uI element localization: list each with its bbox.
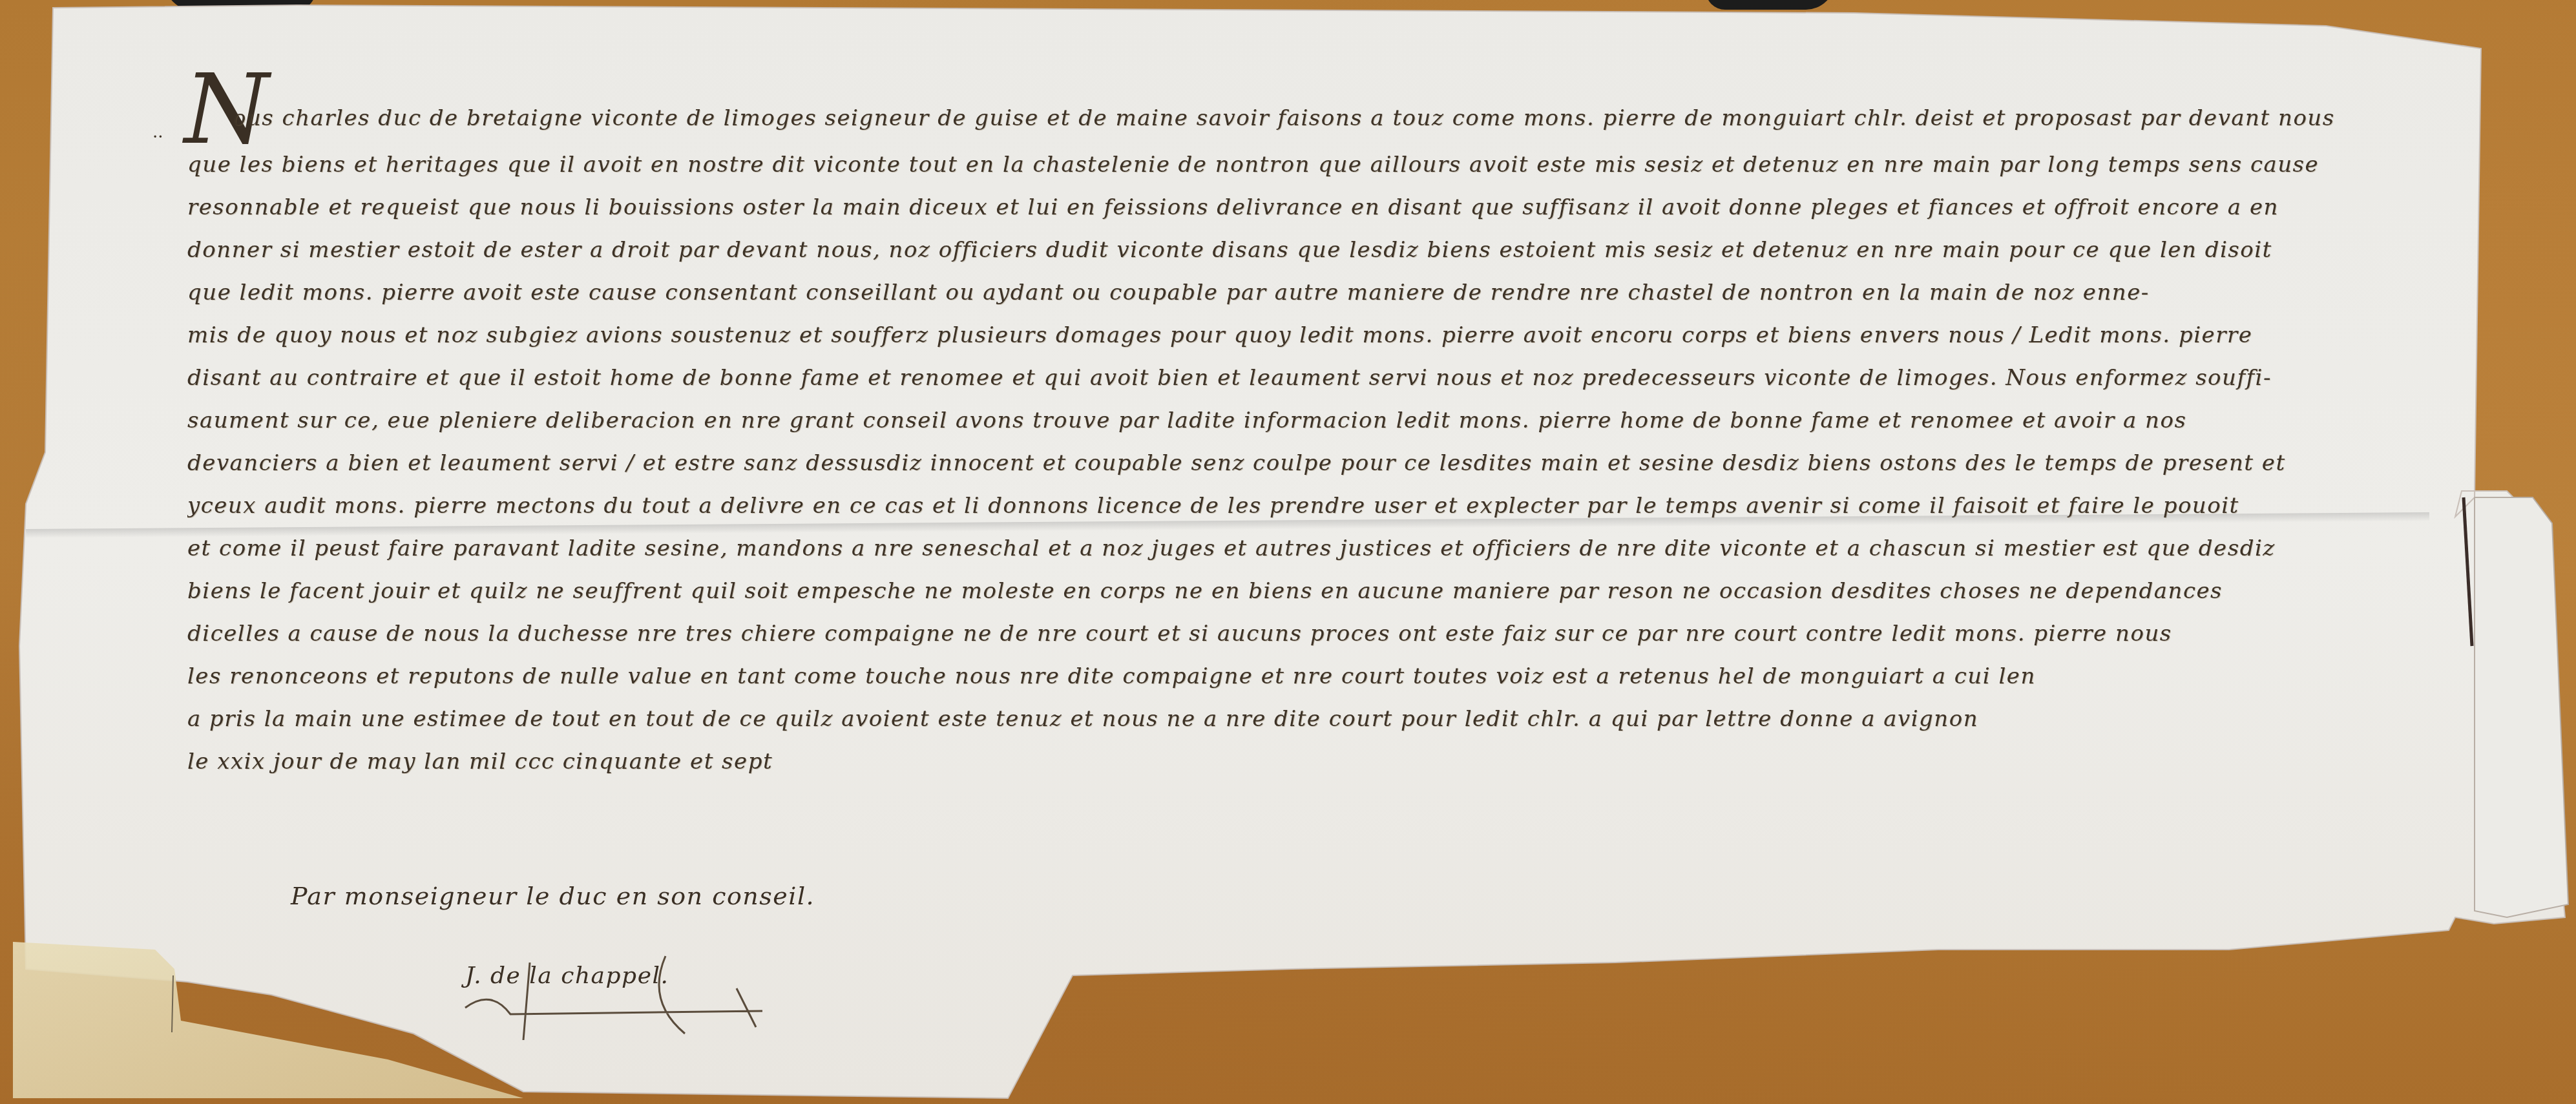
- text-line-5: que ledit mons. pierre avoit este cause …: [187, 271, 2475, 314]
- text-line-4: donner si mestier estoit de ester a droi…: [187, 229, 2475, 271]
- text-line-6: mis de quoy nous et noz subgiez avions s…: [187, 314, 2475, 357]
- binder-clip-left: [162, 0, 317, 13]
- text-line-9: devanciers a bien et leaument servi / et…: [187, 442, 2475, 484]
- text-line-10: yceux audit mons. pierre mectons du tout…: [187, 484, 2475, 527]
- text-line-14: les renonceons et reputons de nulle valu…: [187, 655, 2475, 698]
- text-line-16-date: le xxix jour de may lan mil ccc cinquant…: [187, 740, 2475, 783]
- text-line-7: disant au contraire et que il estoit hom…: [187, 357, 2475, 399]
- text-line-11: et come il peust faire paravant ladite s…: [187, 527, 2475, 570]
- clerk-signature: J. de la chappel.: [465, 963, 669, 989]
- text-line-12: biens le facent jouir et quilz ne seuffr…: [187, 570, 2475, 612]
- text-line-3: resonnable et requeist que nous li bouis…: [187, 186, 2475, 229]
- text-line-2: que les biens et heritages que il avoit …: [187, 143, 2475, 186]
- text-line-15: a pris la main une estimee de tout en to…: [187, 698, 2475, 740]
- opening-mark: ..: [152, 123, 163, 142]
- text-line-13: dicelles a cause de nous la duchesse nre…: [187, 612, 2475, 655]
- signature-formula: Par monseigneur le duc en son conseil.: [291, 882, 815, 910]
- text-line-1: ous charles duc de bretaigne viconte de …: [187, 97, 2475, 143]
- text-line-8: saument sur ce, eue pleniere deliberacio…: [187, 399, 2475, 442]
- charter-text: ous charles duc de bretaigne viconte de …: [187, 97, 2475, 783]
- binder-clip-right: [1706, 0, 1835, 10]
